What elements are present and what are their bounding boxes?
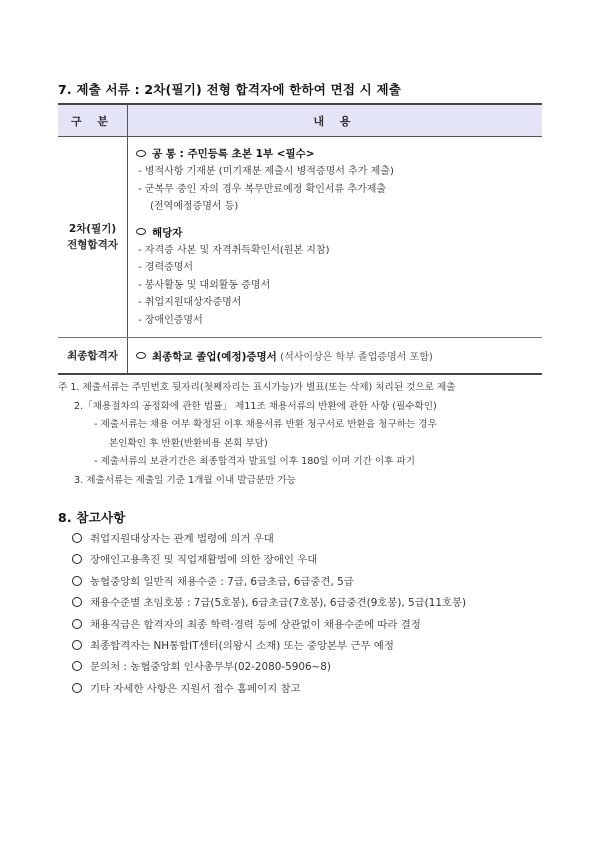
final-document-main: 최종학교 졸업(예정)증명서 (152, 351, 277, 363)
section-7-title: 7. 제출 서류 : 2차(필기) 전형 합격자에 한하여 면접 시 제출 (58, 80, 401, 98)
list-item-text: 채용직급은 합격자의 최종 학력·경력 등에 상관없이 채용수준에 따라 결정 (90, 619, 421, 631)
circle-bullet-icon (72, 640, 82, 650)
list-item: 채용수준별 초임호봉 : 7급(5호봉), 6급초급(7호봉), 6급중견(9호… (72, 593, 466, 614)
table-row: 2차(필기) 전형합격자 공 통 : 주민등록 초본 1부 <필수> - 병적사… (58, 137, 542, 338)
list-item-text: 농협중앙회 일반직 채용수준 : 7급, 6급초급, 6급중견, 5급 (90, 576, 354, 588)
list-item-text: 문의처 : 농협중앙회 인사총무부(02-2080-5906~8) (90, 661, 331, 673)
note-line: 2.「채용절차의 공정화에 관한 법률」 제11조 채용서류의 반환에 관한 사… (58, 398, 558, 417)
list-item-text: 장애인고용촉진 및 직업재활법에 의한 장애인 우대 (90, 554, 317, 566)
list-item-text: 취업지원대상자는 관계 법령에 의거 우대 (90, 533, 274, 545)
table-row: 최종합격자 최종학교 졸업(예정)증명서 (석사이상은 학부 졸업증명서 포함) (58, 338, 542, 375)
list-item: - 병적사항 기재분 (미기재분 제출시 병적증명서 추가 제출) (136, 163, 542, 181)
group-heading: 공 통 : 주민등록 초본 1부 <필수> (136, 145, 542, 163)
circle-bullet-icon (72, 533, 82, 543)
list-item: 기타 자세한 사항은 지원서 접수 홈페이지 참고 (72, 679, 466, 700)
list-item: - 취업지원대상자증명서 (136, 294, 542, 312)
section-8-title: 8. 참고사항 (58, 508, 126, 526)
circle-bullet-icon (72, 576, 82, 586)
list-item-text: 최종합격자는 NH통합IT센터(의왕시 소재) 또는 중앙본부 근무 예정 (90, 640, 394, 652)
group-heading-text: 해당자 (152, 227, 182, 239)
list-item-text: 채용수준별 초임호봉 : 7급(5호봉), 6급초급(7호봉), 6급중견(9호… (90, 597, 466, 609)
list-item-text: 기타 자세한 사항은 지원서 접수 홈페이지 참고 (90, 683, 301, 695)
note-line: - 제출서류의 보관기간은 최종합격자 발표일 이후 180일 이며 기간 이후… (58, 453, 558, 472)
list-item: - 자격증 사본 및 자격취득확인서(원본 지참) (136, 242, 542, 260)
list-item: 장애인고용촉진 및 직업재활법에 의한 장애인 우대 (72, 550, 466, 571)
circle-bullet-icon (136, 150, 146, 157)
final-document-note: (석사이상은 학부 졸업증명서 포함) (280, 352, 433, 363)
category-line: 2차(필기) (58, 221, 127, 237)
group-heading: 해당자 (136, 224, 542, 242)
category-cell: 2차(필기) 전형합격자 (58, 137, 128, 338)
document-page: 7. 제출 서류 : 2차(필기) 전형 합격자에 한하여 면접 시 제출 구 … (0, 0, 600, 848)
list-item: 문의처 : 농협중앙회 인사총무부(02-2080-5906~8) (72, 657, 466, 678)
category-line: 전형합격자 (58, 237, 127, 253)
list-item: - 봉사활동 및 대외활동 증명서 (136, 277, 542, 295)
list-item: 취업지원대상자는 관계 법령에 의거 우대 (72, 529, 466, 550)
list-item: 농협중앙회 일반직 채용수준 : 7급, 6급초급, 6급중견, 5급 (72, 572, 466, 593)
reference-list: 취업지원대상자는 관계 법령에 의거 우대 장애인고용촉진 및 직업재활법에 의… (72, 529, 466, 700)
header-content: 내 용 (128, 104, 543, 137)
notes-block: 주 1. 제출서류는 주민번호 뒷자리(첫째자리는 표시가능)가 별표(또는 삭… (58, 379, 558, 490)
note-line: 주 1. 제출서류는 주민번호 뒷자리(첫째자리는 표시가능)가 별표(또는 삭… (58, 379, 558, 398)
circle-bullet-icon (72, 619, 82, 629)
circle-bullet-icon (72, 554, 82, 564)
content-cell: 공 통 : 주민등록 초본 1부 <필수> - 병적사항 기재분 (미기재분 제… (128, 137, 543, 338)
content-cell: 최종학교 졸업(예정)증명서 (석사이상은 학부 졸업증명서 포함) (128, 338, 543, 375)
header-category: 구 분 (58, 104, 128, 137)
submission-documents-table: 구 분 내 용 2차(필기) 전형합격자 공 통 : 주민등록 초본 1부 <필… (58, 103, 542, 375)
circle-bullet-icon (72, 661, 82, 671)
list-item: - 장애인증명서 (136, 312, 542, 330)
table-header-row: 구 분 내 용 (58, 104, 542, 137)
circle-bullet-icon (136, 352, 146, 359)
list-item: - 군복무 중인 자의 경우 복무만료예정 확인서류 추가제출 (136, 181, 542, 199)
group-heading-text: 공 통 : 주민등록 초본 1부 <필수> (152, 148, 315, 160)
circle-bullet-icon (72, 597, 82, 607)
note-line: 3. 제출서류는 제출일 기준 1개월 이내 발급분만 가능 (58, 472, 558, 491)
list-item: (전역예정증명서 등) (136, 198, 542, 216)
note-line: 본인확인 후 반환(반환비용 본회 부담) (58, 435, 558, 454)
category-cell: 최종합격자 (58, 338, 128, 375)
circle-bullet-icon (136, 228, 146, 235)
circle-bullet-icon (72, 683, 82, 693)
note-line: - 제출서류는 채용 여부 확정된 이후 채용서류 반환 청구서로 반환을 청구… (58, 416, 558, 435)
list-item: 최종합격자는 NH통합IT센터(의왕시 소재) 또는 중앙본부 근무 예정 (72, 636, 466, 657)
list-item: 채용직급은 합격자의 최종 학력·경력 등에 상관없이 채용수준에 따라 결정 (72, 615, 466, 636)
list-item: - 경력증명서 (136, 259, 542, 277)
